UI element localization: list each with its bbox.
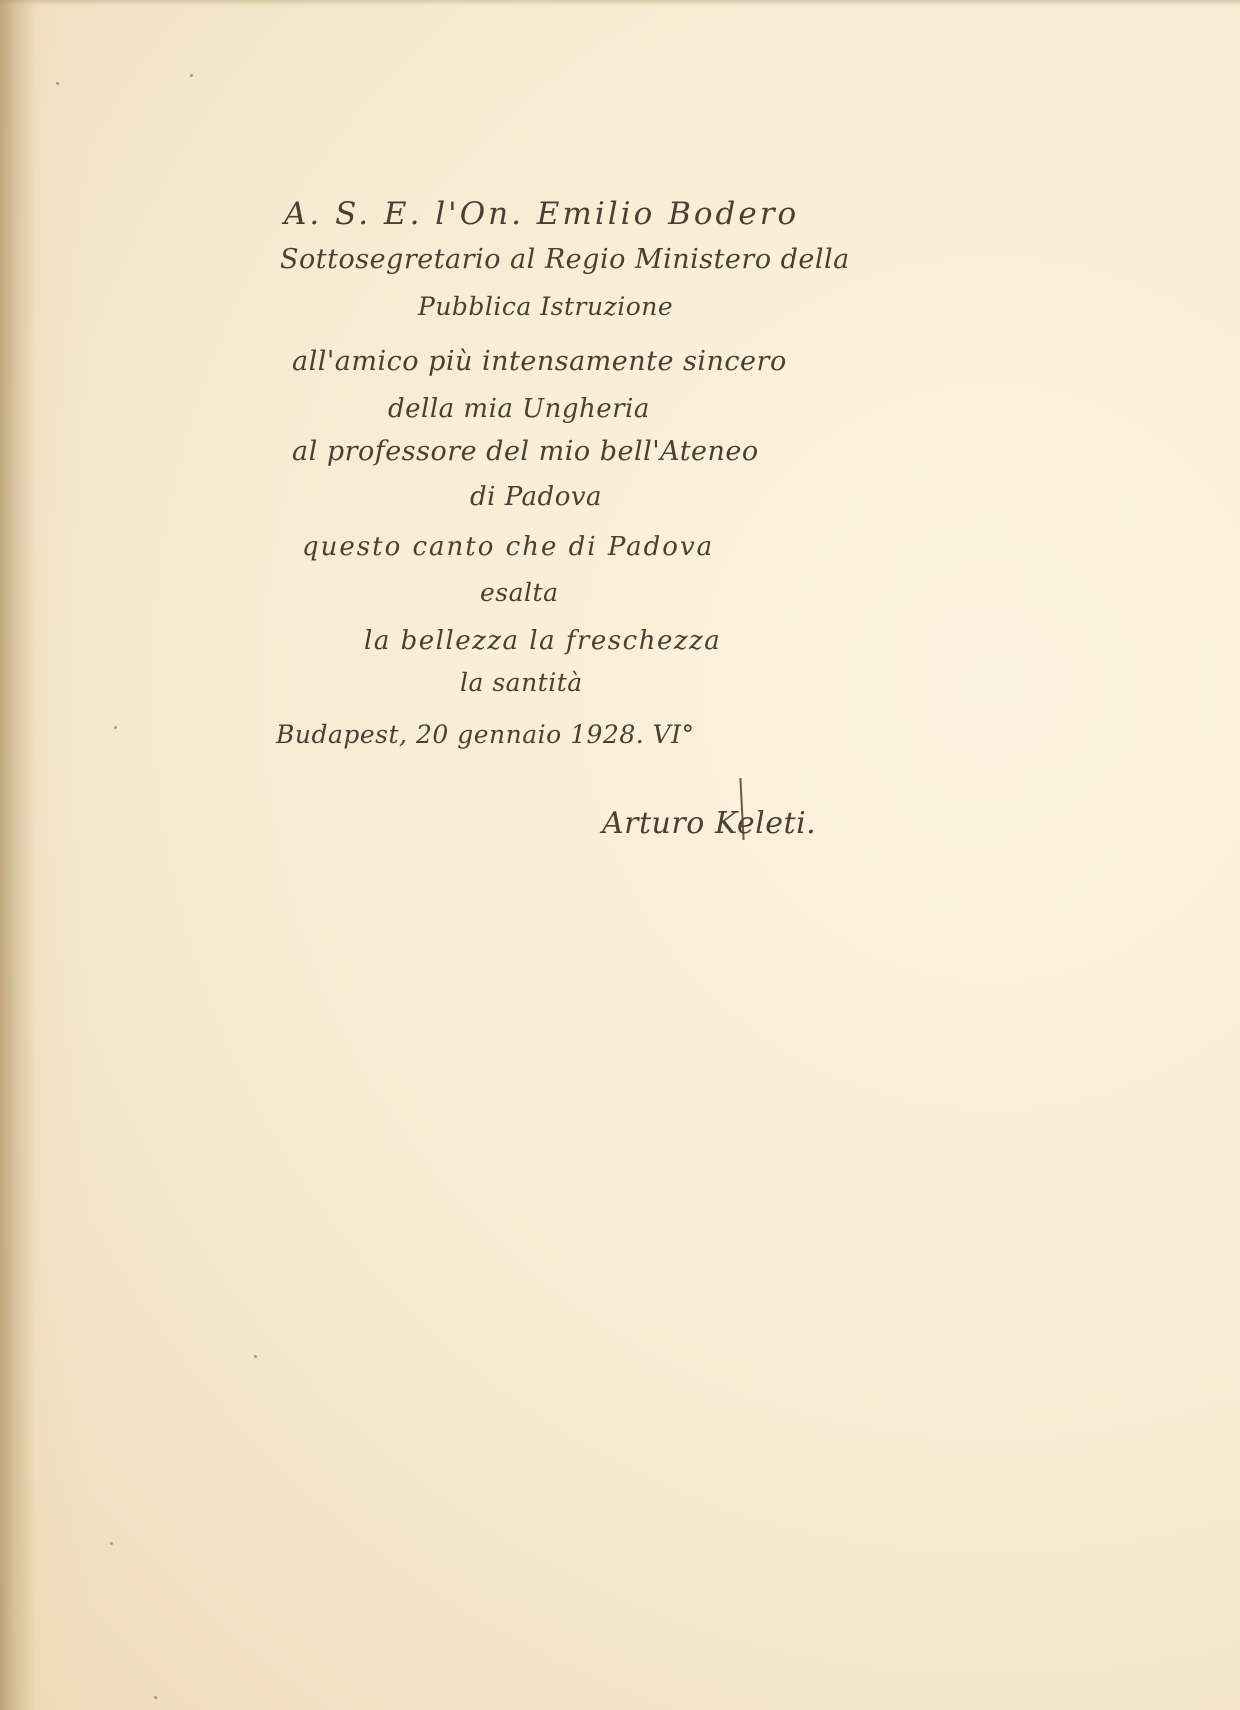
dedication-title-line-1: Sottosegretario al Regio Ministero della bbox=[280, 244, 850, 275]
paper-speck bbox=[110, 1542, 113, 1545]
signature: Arturo Keleti. bbox=[602, 806, 816, 841]
dedication-date-line: Budapest, 20 gennaio 1928. VI° bbox=[276, 720, 695, 749]
dedication-title-line-2: Pubblica Istruzione bbox=[418, 292, 673, 321]
dedication-friend-line: all'amico più intensamente sincero bbox=[292, 346, 787, 377]
dedication-addressee: A. S. E. l'On. Emilio Bodero bbox=[284, 196, 799, 232]
dedication-bellezza-line: la bellezza la freschezza bbox=[364, 626, 721, 656]
dedication-professor-line: al professore del mio bell'Ateneo bbox=[292, 436, 759, 467]
paper-speck bbox=[254, 1355, 257, 1358]
paper-speck bbox=[190, 74, 193, 77]
paper-speck bbox=[56, 82, 59, 85]
dedication-canto-line: questo canto che di Padova bbox=[302, 532, 714, 562]
dedication-hungary-line: della mia Ungheria bbox=[388, 394, 650, 424]
dedication-padova-line: di Padova bbox=[470, 482, 602, 512]
dedication-santita-line: la santità bbox=[460, 668, 583, 697]
page-fold-shadow bbox=[0, 0, 36, 1710]
dedication-esalta-line: esalta bbox=[480, 578, 558, 607]
paper-page: A. S. E. l'On. Emilio Bodero Sottosegret… bbox=[0, 0, 1240, 1710]
paper-speck bbox=[154, 1696, 157, 1699]
paper-speck bbox=[114, 726, 117, 729]
